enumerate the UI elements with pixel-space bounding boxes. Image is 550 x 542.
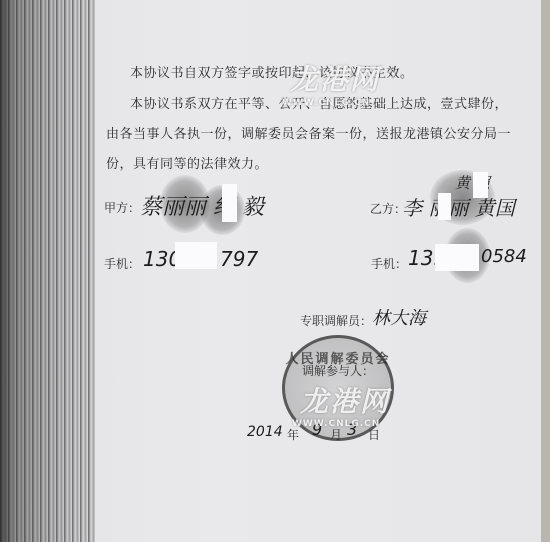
mediator-signature: 林大海 — [372, 304, 426, 330]
party-b-phone-end: 0584 — [481, 246, 527, 267]
watermark-url-top: WWW.CNLG.CN — [282, 98, 370, 108]
party-a-phone-end: 797 — [220, 247, 258, 271]
paragraph-legal-effect: 份，具有同等的法律效力。 — [106, 153, 268, 172]
redaction-block — [438, 193, 451, 220]
watermark-url-bottom: WWW.CNLG.CN — [292, 419, 380, 429]
party-a-label: 甲方： — [104, 199, 140, 216]
participants-label: 调解参与人： — [302, 362, 374, 379]
date-year: 2014 — [247, 424, 283, 440]
redaction-block — [222, 184, 237, 222]
party-b-label: 乙方： — [370, 200, 406, 217]
watermark-logo-bottom: 龙港网 — [300, 380, 390, 420]
scan-edge-shadow — [0, 0, 95, 542]
party-a-phone-label: 手机： — [104, 255, 140, 272]
document-page: 本协议书自双方签字或按印起，该协议书生效。 本协议书系双方在平等、公开、自愿的基… — [0, 0, 541, 542]
party-a-signature: 蔡丽丽 纪 毅 — [140, 190, 264, 221]
redaction-block — [435, 244, 479, 271]
party-b-signature: 李 丽丽 黄国 — [402, 192, 515, 221]
party-b-phone-label: 手机： — [371, 255, 407, 272]
mediator-label: 专职调解员： — [300, 312, 372, 329]
redaction-block — [175, 242, 217, 269]
watermark-logo-top: 龙港网 — [290, 58, 380, 98]
paragraph-copies-clause-cont: 由各当事人各执一份，调解委员会备案一份，送报龙港镇公安分局一 — [106, 123, 511, 142]
